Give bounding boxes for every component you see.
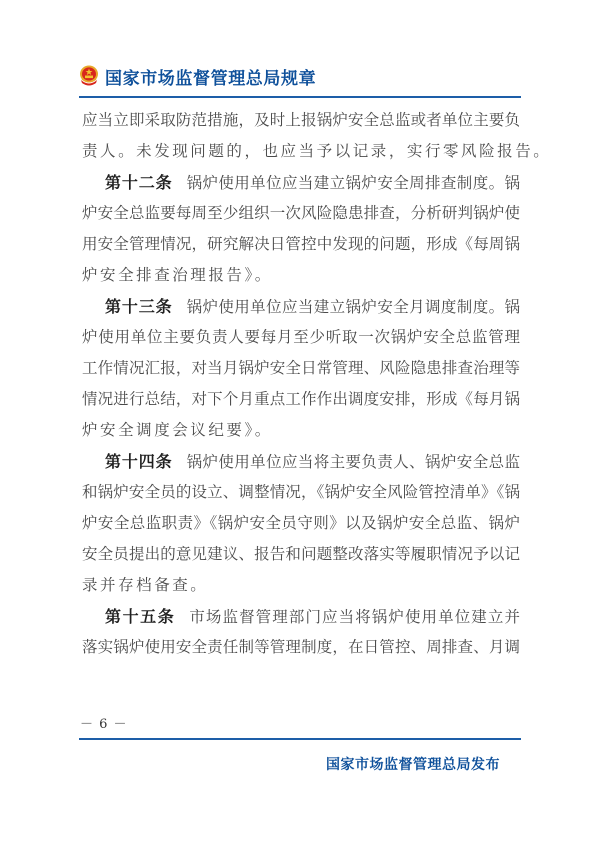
text-line: 应当立即采取防范措施，及时上报锅炉安全总监或者单位主要负 — [82, 105, 520, 136]
article-number: 第十三条 — [105, 297, 173, 316]
text-line: 情况进行总结，对下个月重点工作作出调度安排，形成《每月锅 — [82, 384, 520, 415]
article-12: 第十二条锅炉使用单位应当建立锅炉安全周排查制度。锅 — [105, 167, 520, 198]
footer-publisher: 国家市场监督管理总局发布 — [326, 754, 500, 774]
header-title: 国家市场监督管理总局规章 — [105, 64, 316, 89]
footer-divider — [79, 738, 521, 740]
text-line: 安全员提出的意见建议、报告和问题整改落实等履职情况予以记 — [82, 539, 520, 570]
text-line: 落实锅炉使用安全责任制等管理制度，在日管控、周排查、月调 — [82, 632, 520, 663]
article-text: 锅炉使用单位应当建立锅炉安全周排查制度。锅 — [187, 174, 520, 192]
text-line: 炉使用单位主要负责人要每月至少听取一次锅炉安全总监管理 — [82, 322, 520, 353]
article-text: 锅炉使用单位应当建立锅炉安全月调度制度。锅 — [187, 298, 520, 316]
article-number: 第十二条 — [105, 173, 173, 192]
article-number: 第十四条 — [105, 452, 173, 471]
article-14: 第十四条锅炉使用单位应当将主要负责人、锅炉安全总监 — [105, 446, 520, 477]
text-line: 炉安全调度会议纪要》。 — [82, 415, 520, 446]
national-emblem-icon — [79, 65, 99, 87]
document-header: 国家市场监督管理总局规章 — [79, 63, 316, 89]
text-line: 和锅炉安全员的设立、调整情况，《锅炉安全风险管控清单》《锅 — [82, 477, 520, 508]
text-line: 责人。未发现问题的，也应当予以记录，实行零风险报告。 — [82, 136, 520, 167]
text-line: 录并存档备查。 — [82, 570, 520, 601]
article-13: 第十三条锅炉使用单位应当建立锅炉安全月调度制度。锅 — [105, 291, 520, 322]
header-divider — [79, 96, 521, 98]
article-number: 第十五条 — [105, 607, 175, 626]
article-text: 锅炉使用单位应当将主要负责人、锅炉安全总监 — [187, 453, 520, 471]
text-line: 用安全管理情况，研究解决日管控中发现的问题，形成《每周锅 — [82, 229, 520, 260]
text-line: 炉安全排查治理报告》。 — [82, 260, 520, 291]
article-15: 第十五条市场监督管理部门应当将锅炉使用单位建立并 — [105, 601, 520, 632]
page-number: － 6 － — [80, 713, 128, 732]
article-text: 市场监督管理部门应当将锅炉使用单位建立并 — [189, 608, 520, 626]
text-line: 炉安全总监职责》《锅炉安全员守则》以及锅炉安全总监、锅炉 — [82, 508, 520, 539]
text-line: 工作情况汇报，对当月锅炉安全日常管理、风险隐患排查治理等 — [82, 353, 520, 384]
text-line: 炉安全总监要每周至少组织一次风险隐患排查，分析研判锅炉使 — [82, 198, 520, 229]
